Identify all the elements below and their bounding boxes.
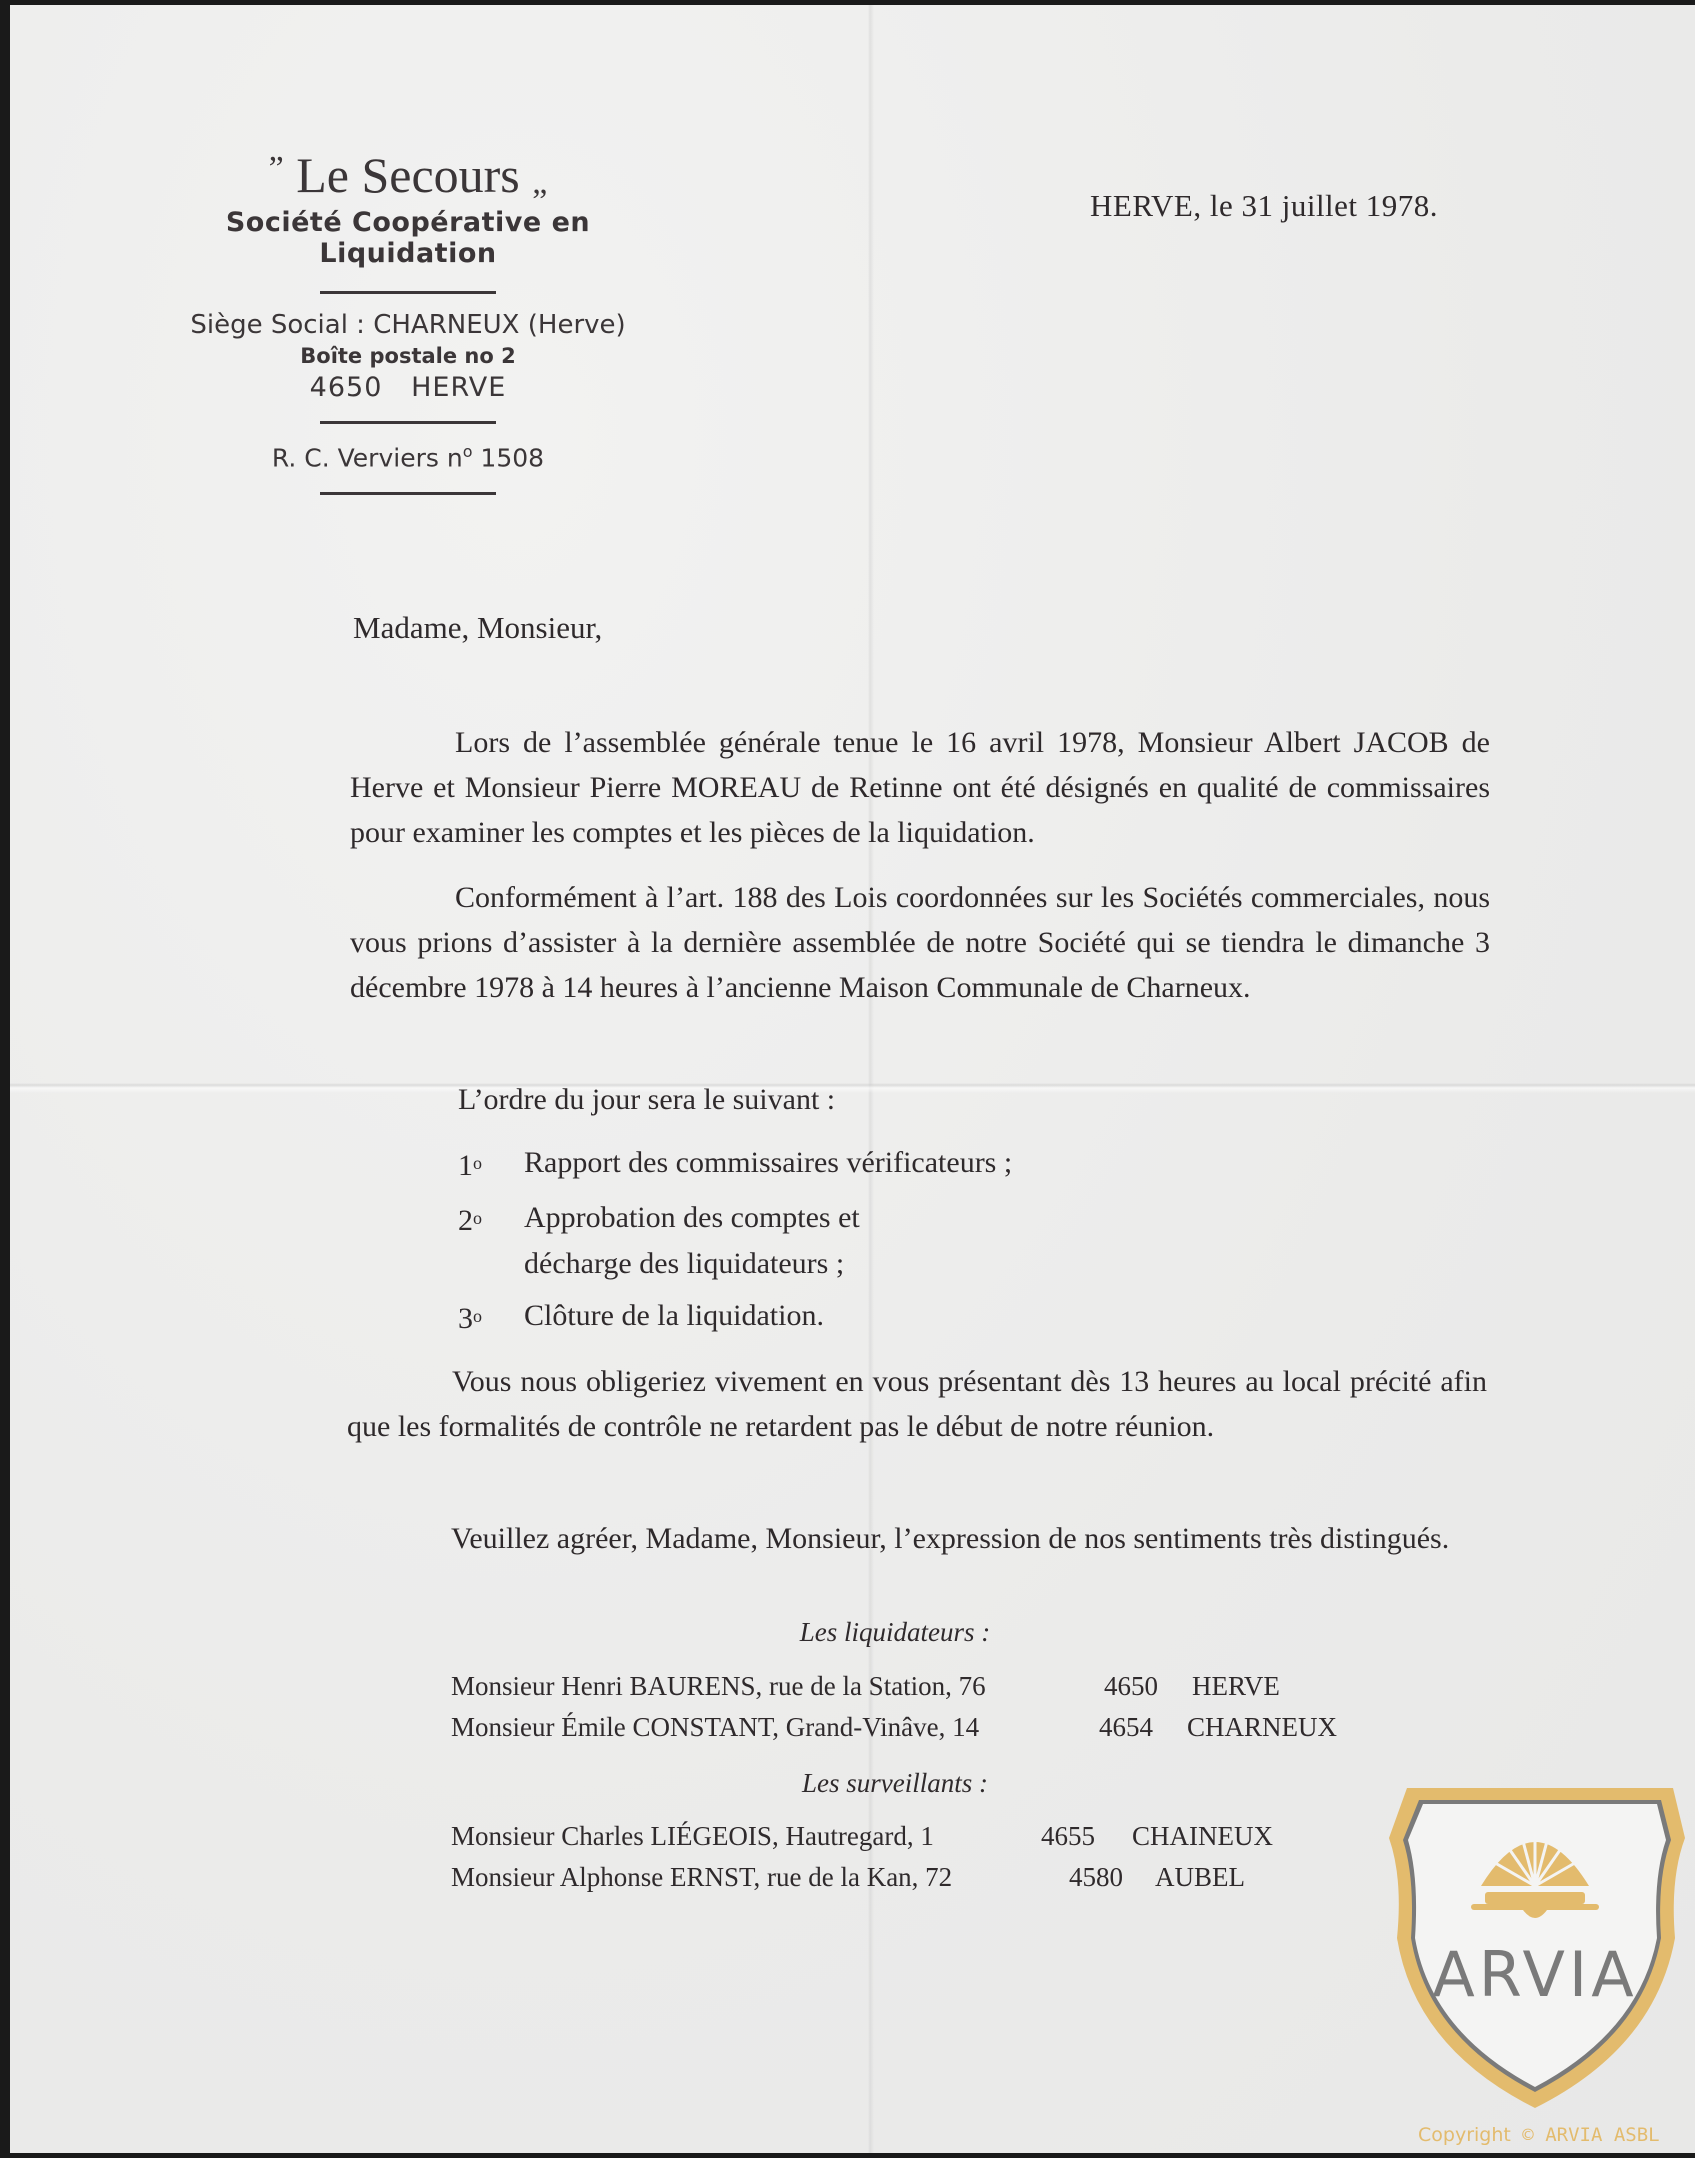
copyright-owner: ARVIA ASBL [1545,2124,1659,2146]
company-subtitle: Société Coopérative en Liquidation [138,207,678,269]
paragraph-text: Vous nous obligeriez vivement en vous pr… [347,1359,1487,1449]
paragraph-4: Veuillez agréer, Madame, Monsieur, l’exp… [346,1516,1486,1561]
liquidators-heading: Les liquidateurs : [10,1617,1695,1648]
person-name: Monsieur Émile CONSTANT, Grand-Vinâve, 1… [451,1712,979,1742]
paragraph-1: Lors de l’assemblée générale tenue le 16… [350,720,1490,855]
salutation: Madame, Monsieur, [353,610,602,646]
postal-code: 4655 [1041,1821,1095,1852]
postal-code: 4580 [1069,1862,1123,1893]
rc-prefix: R. C. Verviers n [272,443,463,472]
city: AUBEL [1155,1862,1245,1893]
postal-code: 4654 [1099,1712,1153,1743]
city: HERVE [1192,1671,1280,1702]
agenda-item: 3o Clôture de la liquidation. [458,1293,1012,1342]
agenda-number: 2o [458,1195,524,1287]
liquidator-row: Monsieur Émile CONSTANT, Grand-Vinâve, 1… [451,1712,979,1743]
postal-code: 4650 [1104,1671,1158,1702]
person-name: Monsieur Henri BAURENS, rue de la Statio… [451,1671,986,1701]
paragraph-3: Vous nous obligeriez vivement en vous pr… [347,1359,1487,1449]
agenda-number: 3o [458,1293,524,1342]
agenda-text: Clôture de la liquidation. [524,1293,824,1342]
copyright-icon: © [1522,2124,1533,2146]
open-quote: ” [269,150,284,187]
copyright-notice: Copyright © ARVIA ASBL [1418,2124,1660,2146]
postal-city: 4650 HERVE [138,372,678,403]
person-name: Monsieur Alphonse ERNST, rue de la Kan, … [451,1862,952,1892]
letterhead: ” Le Secours „ Société Coopérative en Li… [138,145,678,495]
divider [320,492,496,495]
po-box: Boîte postale no 2 [138,344,678,368]
supervisor-row: Monsieur Alphonse ERNST, rue de la Kan, … [451,1862,952,1893]
logo-text: ARVIA [1432,1938,1637,2011]
paragraph-2: Conformément à l’art. 188 des Lois coord… [350,875,1490,1010]
paragraph-text: Veuillez agréer, Madame, Monsieur, l’exp… [346,1516,1486,1561]
date-line: HERVE, le 31 juillet 1978. [1090,188,1438,224]
rc-sup: o [463,442,473,461]
company-name: ” Le Secours „ [138,145,678,205]
registered-office: Siège Social : CHARNEUX (Herve) [138,310,678,340]
agenda-item: 1o Rapport des commissaires vérificateur… [458,1140,1012,1189]
trade-register: R. C. Verviers no 1508 [138,442,678,472]
divider [320,421,496,424]
divider [320,291,496,294]
agenda-number: 1o [458,1140,524,1189]
paragraph-text: Conformément à l’art. 188 des Lois coord… [350,875,1490,1010]
close-quote: „ [532,164,547,201]
rc-number: 1508 [472,443,544,472]
paragraph-text: Lors de l’assemblée générale tenue le 16… [350,720,1490,855]
person-name: Monsieur Charles LIÉGEOIS, Hautregard, 1 [451,1821,934,1851]
agenda-list: 1o Rapport des commissaires vérificateur… [458,1140,1012,1348]
agenda-text: Rapport des commissaires vérificateurs ; [524,1140,1012,1189]
supervisor-row: Monsieur Charles LIÉGEOIS, Hautregard, 1… [451,1821,934,1852]
city: CHARNEUX [1187,1712,1337,1743]
company-name-text: Le Secours [296,147,520,203]
agenda-intro: L’ordre du jour sera le suivant : [458,1083,835,1117]
city: CHAINEUX [1132,1821,1273,1852]
agenda-text: Approbation des comptes etdécharge des l… [524,1195,860,1287]
agenda-item: 2o Approbation des comptes etdécharge de… [458,1195,1012,1287]
arvia-shield-logo: ARVIA [1385,1778,1695,2118]
copyright-word: Copyright [1418,2124,1511,2146]
liquidator-row: Monsieur Henri BAURENS, rue de la Statio… [451,1671,986,1702]
